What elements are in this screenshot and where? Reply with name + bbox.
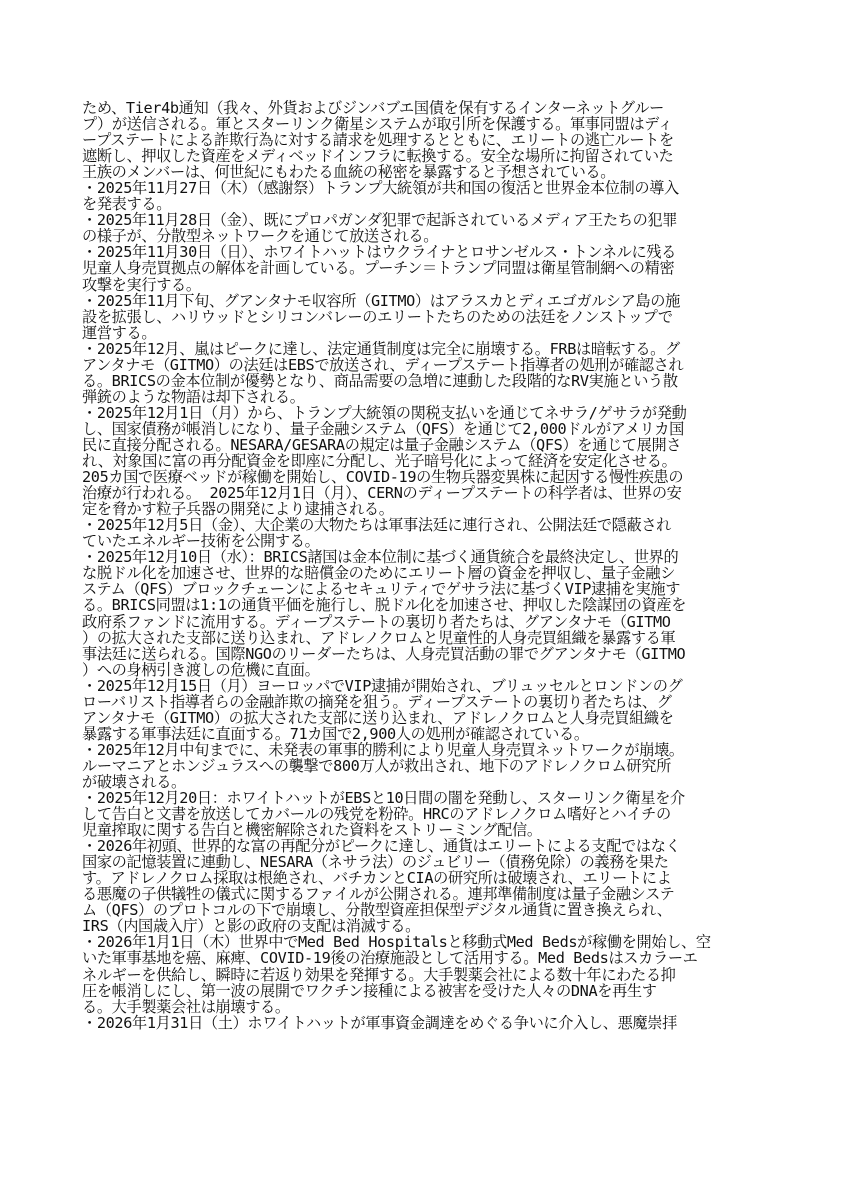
text-line: プ）が送信される。軍とスターリンク衛星システムが取引所を保護する。軍事同盟はディ [82,116,782,132]
text-line: し、国家債務が帳消しになり、量子金融システム（QFS）を通じて2,000ドルがア… [82,421,782,437]
text-line: ・2025年11月30日（日）、ホワイトハットはウクライナとロサンゼルス・トンネ… [82,244,782,260]
text-line: ・2026年1月31日（土）ホワイトハットが軍事資金調達をめぐる争いに介入し、悪… [82,1015,782,1031]
text-line: ため、Tier4b通知（我々、外貨およびジンバブエ国債を保有するインターネットグ… [82,100,782,116]
text-line: ネルギーを供給し、瞬時に若返り効果を発揮する。大手製薬会社による数十年にわたる抑 [82,967,782,983]
text-line: ・2025年12月1日（月）から、トランプ大統領の関税支払いを通じてネサラ/ゲサ… [82,405,782,421]
text-line: ・2026年初頭、世界的な富の再配分がピークに達し、通貨はエリートによる支配では… [82,838,782,854]
text-line: 暴露する軍事法廷に直面する。71カ国で2,900人の処刑が確認されている。 [82,726,782,742]
text-line: ていたエネルギー技術を公開する。 [82,533,782,549]
text-line: ・2026年1月1日（木）世界中でMed Bed Hospitalsと移動式Me… [82,934,782,950]
text-line: が破壊される。 [82,774,782,790]
text-line: 運営する。 [82,325,782,341]
text-line: 定を脅かす粒子兵器の開発により逮捕される。 [82,501,782,517]
text-line: アンタナモ（GITMO）の法廷はEBSで放送され、ディープステート指導者の処刑が… [82,357,782,373]
text-line: ・2025年11月下旬、グアンタナモ収容所（GITMO）はアラスカとディエゴガル… [82,293,782,309]
text-line: 治療が行われる。 2025年12月1日（月）、CERNのディープステートの科学者… [82,485,782,501]
text-line: 児童人身売買拠点の解体を計画している。プーチン＝トランプ同盟は衛星管制網への精密 [82,260,782,276]
text-line: ム（QFS）のプロトコルの下で崩壊し、分散型資産担保型デジタル通貨に置き換えられ… [82,902,782,918]
text-line: IRS（内国歳入庁）と影の政府の支配は消滅する。 [82,918,782,934]
text-line: ルーマニアとホンジュラスへの襲撃で800万人が救出され、地下のアドレノクロム研究… [82,758,782,774]
text-line: る。大手製薬会社は崩壊する。 [82,999,782,1015]
text-line: ローバリスト指導者らの金融詐欺の摘発を狙う。ディープステートの裏切り者たちは、グ [82,694,782,710]
text-line: る。BRICSの金本位制が優勢となり、商品需要の急増に連動した段階的なRV実施と… [82,373,782,389]
text-line: を発表する。 [82,196,782,212]
text-line: ・2025年12月5日（金）、大企業の大物たちは軍事法廷に連行され、公開法廷で隠… [82,517,782,533]
document-body-text: ため、Tier4b通知（我々、外貨およびジンバブエ国債を保有するインターネットグ… [82,100,782,1031]
text-line: ・2025年12月20日：ホワイトハットがEBSと10日間の闇を発動し、スターリ… [82,790,782,806]
text-line: ・2025年11月27日（木）（感謝祭）トランプ大統領が共和国の復活と世界金本位… [82,180,782,196]
text-line: して告白と文書を放送してカバールの残党を粉砕。HRCのアドレノクロム嗜好とハイチ… [82,806,782,822]
text-line: 205カ国で医療ベッドが稼働を開始し、COVID-19の生物兵器変異株に起因する… [82,469,782,485]
text-line: る悪魔の子供犠牲の儀式に関するファイルが公開される。連邦準備制度は量子金融システ [82,886,782,902]
text-line: ）への身柄引き渡しの危機に直面。 [82,662,782,678]
text-line: ・2025年12月15日（月）ヨーロッパでVIP逮捕が開始され、ブリュッセルとロ… [82,678,782,694]
document-page: ため、Tier4b通知（我々、外貨およびジンバブエ国債を保有するインターネットグ… [0,0,848,1200]
text-line: 事法廷に送られる。国際NGOのリーダーたちは、人身売買活動の罪でグアンタナモ（G… [82,646,782,662]
text-line: 圧を帳消しにし、第一波の展開でワクチン接種による被害を受けた人々のDNAを再生す [82,983,782,999]
text-line: す。アドレノクロム採取は根絶され、バチカンとCIAの研究所は破壊され、エリートに… [82,870,782,886]
text-line: の様子が、分散型ネットワークを通じて放送される。 [82,228,782,244]
text-line: 王族のメンバーは、何世紀にもわたる血統の秘密を暴露すると予想されている。 [82,164,782,180]
text-line: な脱ドル化を加速させ、世界的な賠償金のためにエリート層の資金を押収し、量子金融シ [82,565,782,581]
text-line: アンタナモ（GITMO）の拡大された支部に送り込まれ、アドレノクロムと人身売買組… [82,710,782,726]
text-line: 遮断し、押収した資産をメディベッドインフラに転換する。安全な場所に拘留されていた [82,148,782,164]
text-line: ）の拡大された支部に送り込まれ、アドレノクロムと児童性的人身売買組織を暴露する軍 [82,630,782,646]
text-line: ・2025年12月、嵐はピークに達し、法定通貨制度は完全に崩壊する。FRBは暗転… [82,341,782,357]
text-line: 政府系ファンドに流用する。ディープステートの裏切り者たちは、グアンタナモ（GIT… [82,614,782,630]
text-line: 国家の記憶装置に連動し、NESARA（ネサラ法）のジュビリー（債務免除）の義務を… [82,854,782,870]
text-line: る。BRICS同盟は1:1の通貨平価を施行し、脱ドル化を加速させ、押収した陰謀団… [82,597,782,613]
text-line: 民に直接分配される。NESARA/GESARAの規定は量子金融システム（QFS）… [82,437,782,453]
text-line: ープステートによる詐欺行為に対する請求を処理するとともに、エリートの逃亡ルートを [82,132,782,148]
text-line: いた軍事基地を癌、麻痺、COVID-19後の治療施設として活用する。Med Be… [82,950,782,966]
text-line: ・2025年11月28日（金）、既にプロパガンダ犯罪で起訴されているメディア王た… [82,212,782,228]
text-line: 攻撃を実行する。 [82,277,782,293]
text-line: 児童搾取に関する告白と機密解除された資料をストリーミング配信。 [82,822,782,838]
text-line: れ、対象国に富の再分配資金を即座に分配し、光子暗号化によって経済を安定化させる。 [82,453,782,469]
text-line: ・2025年12月中旬までに、未発表の軍事的勝利により児童人身売買ネットワークが… [82,742,782,758]
text-line: ステム（QFS）ブロックチェーンによるセキュリティでゲサラ法に基づくVIP逮捕を… [82,581,782,597]
text-line: 弾銃のような物語は却下される。 [82,389,782,405]
text-line: ・2025年12月10日（水）：BRICS諸国は金本位制に基づく通貨統合を最終決… [82,549,782,565]
text-line: 設を拡張し、ハリウッドとシリコンバレーのエリートたちのための法廷をノンストップで [82,309,782,325]
